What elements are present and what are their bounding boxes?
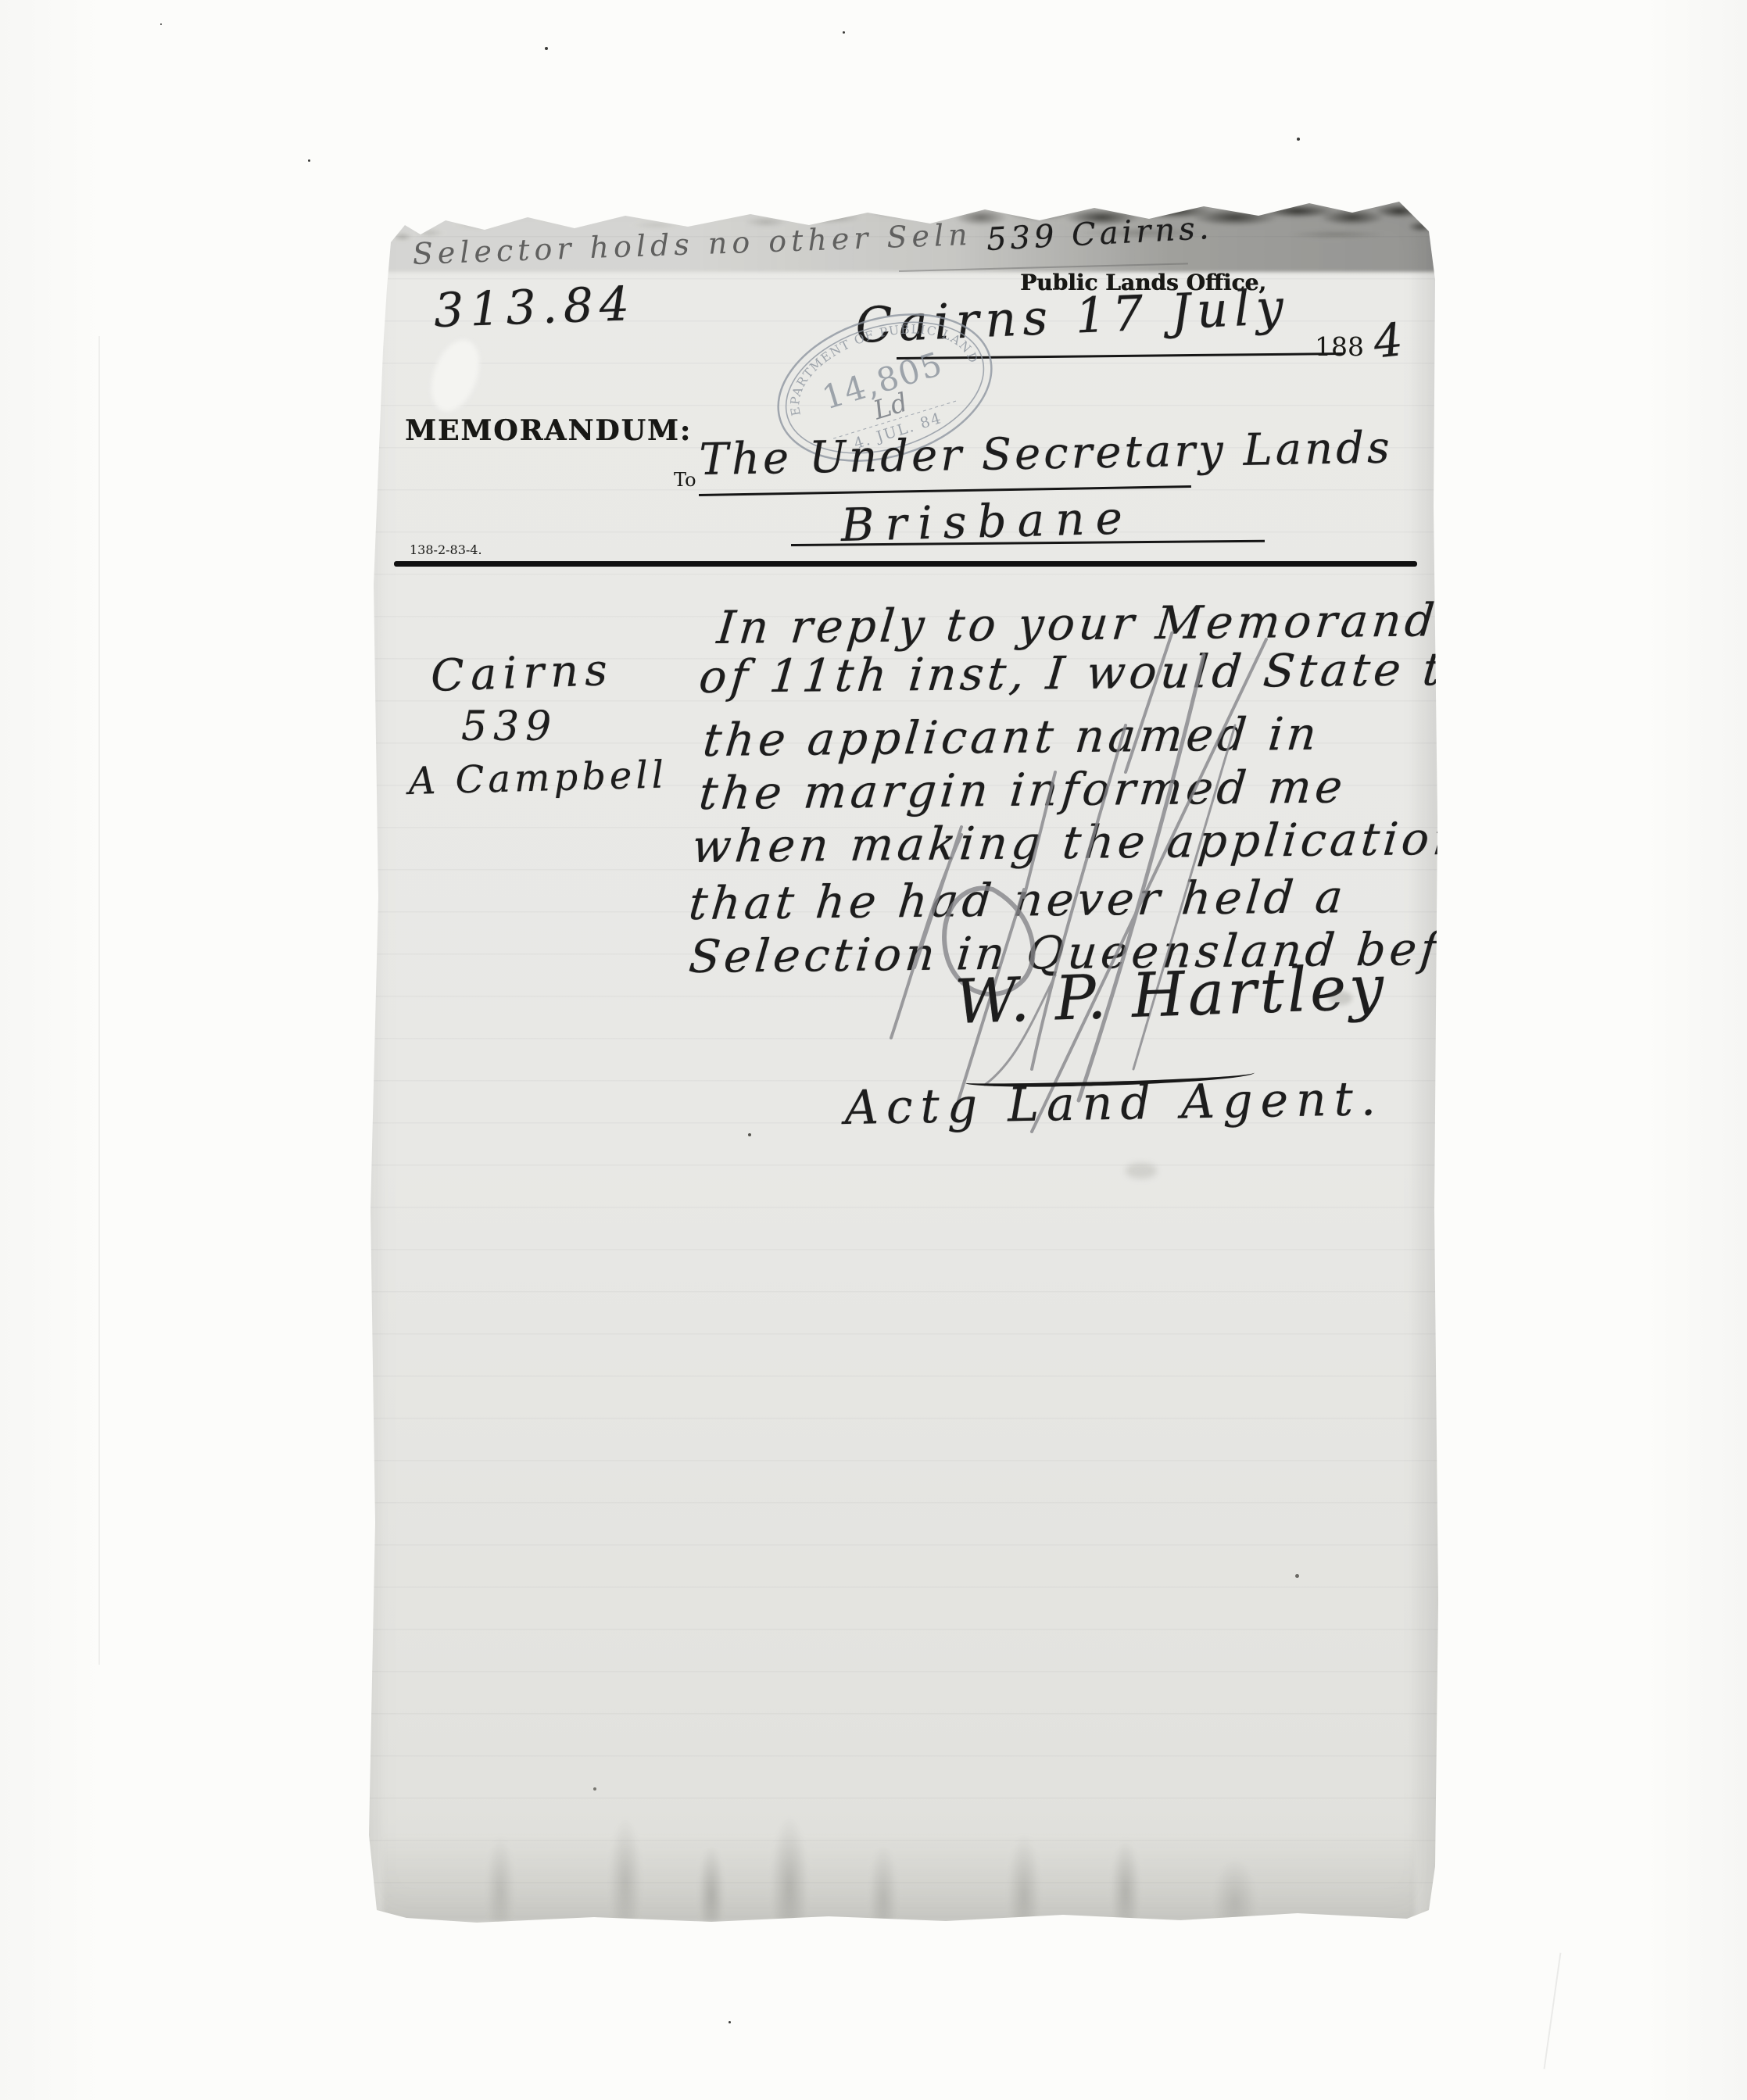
year-printed: 188 — [1315, 331, 1364, 362]
memorandum-title: MEMORANDUM: — [405, 414, 692, 447]
dust-speck — [160, 23, 162, 25]
margin-applicant: A Campbell — [408, 753, 668, 803]
pencil-scrawl — [797, 631, 1344, 1225]
scrawl-stroke — [1126, 631, 1172, 772]
form-code: 138-2-83-4. — [410, 542, 482, 557]
memorandum-sheet: Selector holds no other Seln 313.84 539 … — [360, 194, 1440, 1925]
smudge — [1126, 1163, 1157, 1179]
scrawl-stroke — [1024, 772, 1055, 897]
file-number: 313.84 — [433, 277, 636, 338]
dust-speck — [545, 47, 548, 50]
margin-place: Cairns — [430, 645, 614, 702]
dust-speck — [308, 159, 310, 162]
dust-speck — [729, 2021, 731, 2023]
to-label: To — [674, 469, 696, 491]
signature-name: W. P. Hartley — [954, 953, 1388, 1038]
ink-speck — [593, 1787, 596, 1791]
scan-scratch — [1544, 1953, 1562, 2070]
year-digit-handwritten: 4 — [1371, 313, 1409, 369]
header-rule — [394, 561, 1417, 567]
margin-number: 539 — [461, 703, 557, 750]
paper-tear-mark — [422, 333, 488, 417]
dust-speck — [843, 31, 845, 34]
scan-fold-line — [98, 336, 100, 1665]
signature-role: Actg Land Agent. — [844, 1071, 1384, 1136]
bottom-stains — [383, 1726, 1415, 1922]
dust-speck — [1297, 138, 1300, 141]
scanned-page: Selector holds no other Seln 313.84 539 … — [0, 0, 1747, 2100]
ink-speck — [1295, 1574, 1299, 1578]
smudge — [1329, 991, 1352, 1005]
scrawl-stroke — [1032, 639, 1266, 1132]
ink-speck — [748, 1133, 751, 1136]
